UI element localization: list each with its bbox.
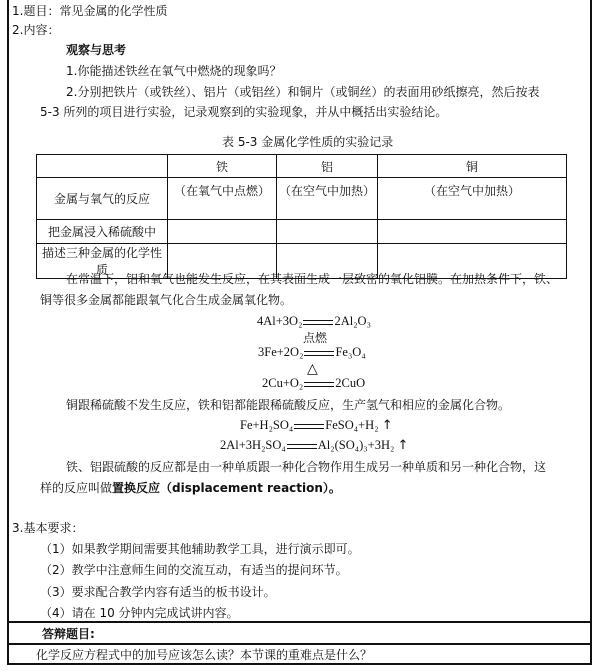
question-1: 1.你能描述铁丝在氧气中燃烧的现象吗？	[66, 63, 281, 79]
requirements-label: 3.基本要求：	[12, 520, 83, 536]
divider	[7, 621, 592, 623]
table-header-iron: 铁	[168, 155, 277, 178]
equation-lhs: 3Fe+2O₂	[258, 345, 303, 359]
equals-sign-icon	[304, 382, 334, 387]
gas-arrow-icon: ↑	[397, 438, 408, 453]
equation-iron-oxygen: 3Fe+2O₂Fe₃O₄	[258, 345, 366, 359]
row-label-oxygen: 金属与氧气的反应	[37, 178, 168, 220]
defense-label: 答辩题目:	[42, 626, 95, 642]
cell-iron-oxygen: （在氧气中点燃）	[168, 178, 277, 220]
key-term: 置换反应（displacement reaction）	[112, 481, 329, 495]
table-header-copper: 铜	[378, 155, 567, 178]
experiment-table: 铁 铝 铜 金属与氧气的反应 （在氧气中点燃） （在空气中加热） （在空气中加热…	[36, 154, 567, 279]
table-row: 金属与氧气的反应 （在氧气中点燃） （在空气中加热） （在空气中加热）	[37, 178, 567, 220]
paragraph-3-prefix: 样的反应叫做	[40, 481, 112, 495]
equation-lhs: 2Cu+O₂	[262, 376, 303, 390]
paragraph-3-suffix: 。	[329, 481, 341, 495]
question-2-line-2: 5-3 所列的项目进行实验，记录观察到的实验现象，并从中概括出实验结论。	[40, 104, 447, 120]
topic-title: 常见金属的化学性质	[59, 4, 167, 18]
defense-question: 化学反应方程式中的加号应该怎么读？本节课的重难点是什么？	[36, 647, 372, 663]
table-caption: 表 5-3 金属化学性质的实验记录	[222, 134, 393, 150]
requirement-item: （1）如果教学期间需要其他辅助教学工具，进行演示即可。	[40, 541, 360, 557]
paragraph-3-line-1: 铁、铝跟硫酸的反应都是由一种单质跟一种化合物作用生成另一种单质和另一种化合物，这	[66, 459, 546, 475]
equation-rhs: Al₂(SO₄)₃+3H₂	[318, 438, 395, 452]
equation-iron-acid: Fe+H₂SO₄FeSO₄+H₂ ↑	[240, 418, 393, 433]
paragraph-2: 铜跟稀硫酸不发生反应，铁和铝都能跟稀硫酸反应，生产氢气和相应的金属化合物。	[66, 397, 510, 413]
paragraph-3-line-2: 样的反应叫做置换反应（displacement reaction）。	[40, 480, 341, 496]
table-row: 把金属浸入稀硫酸中	[37, 220, 567, 244]
cell-iron-acid	[168, 220, 277, 244]
paragraph-1-line-1: 在常温下，铝和氧气也能发生反应，在其表面生成一层致密的氧化铝膜。在加热条件下，铁…	[66, 271, 558, 287]
row-label-acid: 把金属浸入稀硫酸中	[37, 220, 168, 244]
heat-triangle-icon: △	[307, 362, 318, 376]
cell-aluminum-acid	[277, 220, 378, 244]
question-2-line-1: 2.分别把铁片（或铁丝）、铝片（或铝丝）和铜片（或铜丝）的表面用砂纸擦亮，然后按…	[66, 84, 539, 100]
requirement-item: （3）要求配合教学内容有适当的板书设计。	[40, 584, 276, 600]
table-header-empty	[37, 155, 168, 178]
equation-copper-oxygen: 2Cu+O₂2CuO	[262, 376, 365, 390]
equals-sign-icon	[287, 444, 317, 449]
equation-aluminum-oxygen: 4Al+3O₂2Al₂O₃	[257, 314, 371, 328]
equation-lhs: 4Al+3O₂	[257, 314, 302, 328]
cell-copper-oxygen: （在空气中加热）	[378, 178, 567, 220]
content-label: 2.内容：	[12, 22, 59, 38]
equation-rhs: Fe₃O₄	[335, 345, 365, 359]
equation-rhs: 2Al₂O₃	[334, 314, 371, 328]
equation-lhs: 2Al+3H₂SO₄	[220, 438, 286, 452]
requirement-item: （2）教学中注意师生间的交流互动，有适当的提问环节。	[40, 562, 348, 578]
requirement-item: （4）请在 10 分钟内完成试讲内容。	[40, 605, 239, 621]
divider	[7, 643, 592, 645]
equals-sign-icon	[294, 424, 324, 429]
equation-aluminum-acid: 2Al+3H₂SO₄Al₂(SO₄)₃+3H₂ ↑	[220, 438, 408, 453]
table-header-aluminum: 铝	[277, 155, 378, 178]
equals-sign-icon	[303, 320, 333, 325]
table-header-row: 铁 铝 铜	[37, 155, 567, 178]
equation-rhs: FeSO₄+H₂	[325, 418, 378, 432]
paragraph-1-line-2: 铜等很多金属都能跟氧气化合生成金属氧化物。	[40, 292, 292, 308]
section-title: 观察与思考	[66, 42, 126, 58]
equals-sign-icon	[304, 351, 334, 356]
equation-lhs: Fe+H₂SO₄	[240, 418, 293, 432]
gas-arrow-icon: ↑	[382, 418, 393, 433]
topic-label: 1.题目：	[12, 4, 59, 18]
cell-copper-acid	[378, 220, 567, 244]
equation-rhs: 2CuO	[335, 376, 365, 390]
topic-line: 1.题目：常见金属的化学性质	[12, 3, 167, 19]
condition-ignite: 点燃	[303, 331, 327, 345]
cell-aluminum-oxygen: （在空气中加热）	[277, 178, 378, 220]
